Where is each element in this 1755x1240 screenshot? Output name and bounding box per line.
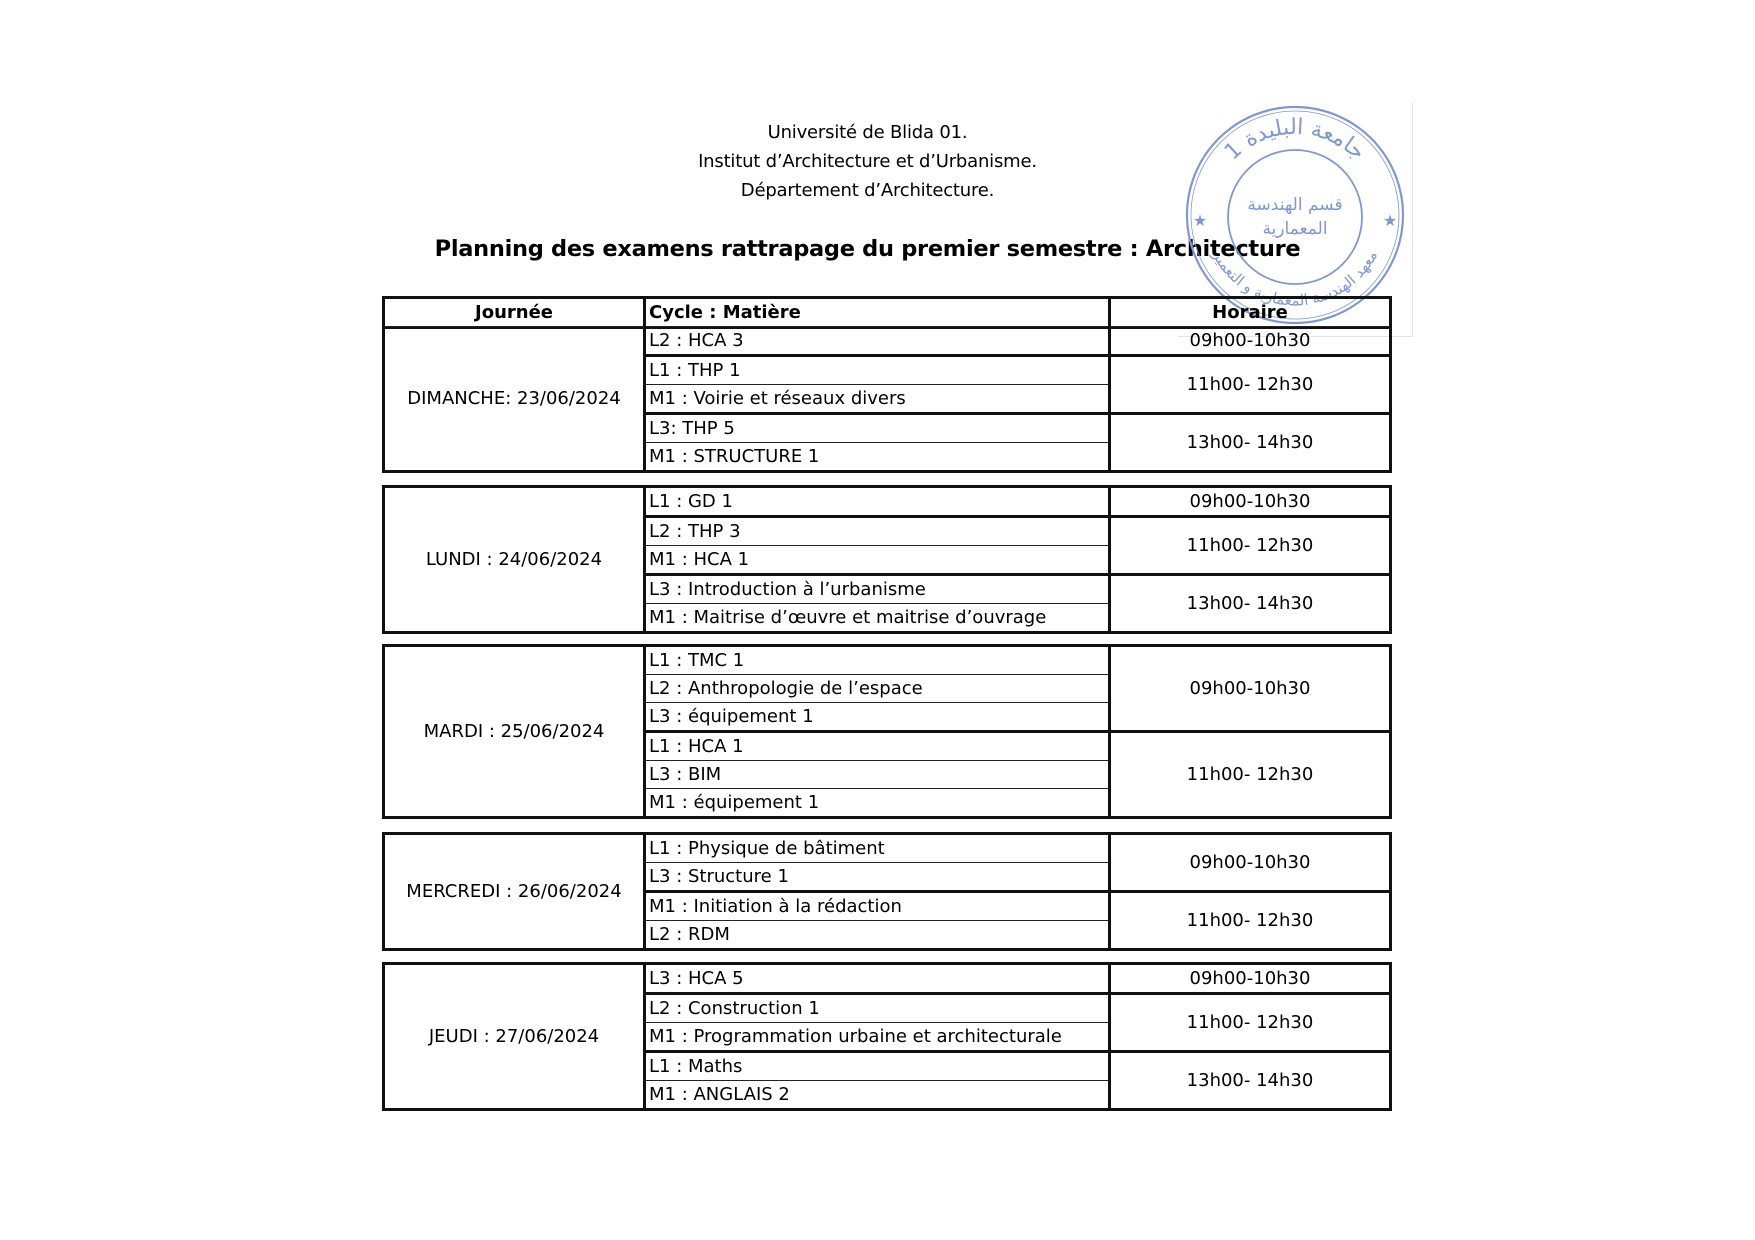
time-slot-cell: 11h00- 12h30 (1110, 994, 1391, 1052)
time-slot-cell: 09h00-10h30 (1110, 646, 1391, 732)
institute-name: Institut d’Architecture et d’Urbanisme. (0, 147, 1745, 176)
document-title: Planning des examens rattrapage du premi… (0, 236, 1755, 262)
day-block: JEUDI : 27/06/2024L3 : HCA 509h00-10h30L… (382, 962, 1392, 1111)
stamp-outer-text: جامعة البليدة 1 (1220, 115, 1370, 165)
subject-cell: L3 : HCA 5 (645, 964, 1110, 994)
time-slot-cell: 11h00- 12h30 (1110, 356, 1391, 414)
subject-cell: L1 : Maths (645, 1052, 1110, 1081)
institution-header: Université de Blida 01. Institut d’Archi… (0, 118, 1755, 205)
stamp-center-line-2: المعمارية (1263, 219, 1328, 239)
department-name: Département d’Architecture. (0, 176, 1745, 205)
subject-cell: M1 : Programmation urbaine et architectu… (645, 1023, 1110, 1052)
day-block: MERCREDI : 26/06/2024L1 : Physique de bâ… (382, 832, 1392, 951)
university-name: Université de Blida 01. (0, 118, 1745, 147)
subject-cell: L1 : GD 1 (645, 487, 1110, 517)
table-row: JEUDI : 27/06/2024L3 : HCA 509h00-10h30 (384, 964, 1391, 994)
stamp-center-line-1: قسم الهندسة (1247, 195, 1342, 215)
subject-cell: M1 : Initiation à la rédaction (645, 892, 1110, 921)
subject-cell: L3: THP 5 (645, 414, 1110, 443)
svg-text:جامعة البليدة 1: جامعة البليدة 1 (1220, 115, 1370, 165)
table-row: MARDI : 25/06/2024L1 : TMC 109h00-10h30 (384, 646, 1391, 675)
header-row: JournéeCycle : MatièreHoraire (384, 298, 1391, 328)
subject-cell: M1 : Voirie et réseaux divers (645, 385, 1110, 414)
subject-cell: L2 : HCA 3 (645, 327, 1110, 356)
time-slot-cell: 09h00-10h30 (1110, 834, 1391, 892)
column-header-horaire: Horaire (1110, 298, 1391, 328)
time-slot-cell: 11h00- 12h30 (1110, 892, 1391, 950)
subject-cell: M1 : STRUCTURE 1 (645, 443, 1110, 472)
subject-cell: L3 : BIM (645, 761, 1110, 789)
time-slot-cell: 13h00- 14h30 (1110, 1052, 1391, 1110)
time-slot-cell: 11h00- 12h30 (1110, 517, 1391, 575)
day-cell: MERCREDI : 26/06/2024 (384, 834, 645, 950)
subject-cell: M1 : ANGLAIS 2 (645, 1081, 1110, 1110)
day-cell: JEUDI : 27/06/2024 (384, 964, 645, 1110)
subject-cell: M1 : HCA 1 (645, 546, 1110, 575)
time-slot-cell: 13h00- 14h30 (1110, 575, 1391, 633)
day-cell: LUNDI : 24/06/2024 (384, 487, 645, 633)
time-slot-cell: 11h00- 12h30 (1110, 732, 1391, 818)
table-row: MERCREDI : 26/06/2024L1 : Physique de bâ… (384, 834, 1391, 863)
subject-cell: L2 : THP 3 (645, 517, 1110, 546)
subject-cell: L1 : HCA 1 (645, 732, 1110, 761)
subject-cell: L2 : RDM (645, 921, 1110, 950)
stamp-star-icon: ★ (1193, 211, 1207, 230)
subject-cell: L3 : équipement 1 (645, 703, 1110, 732)
time-slot-cell: 09h00-10h30 (1110, 327, 1391, 356)
time-slot-cell: 13h00- 14h30 (1110, 414, 1391, 472)
day-cell: MARDI : 25/06/2024 (384, 646, 645, 818)
column-header-journee: Journée (384, 298, 645, 328)
subject-cell: M1 : Maitrise d’œuvre et maitrise d’ouvr… (645, 604, 1110, 633)
subject-cell: L2 : Anthropologie de l’espace (645, 675, 1110, 703)
day-block: DIMANCHE: 23/06/2024L2 : HCA 309h00-10h3… (382, 326, 1392, 473)
subject-cell: M1 : équipement 1 (645, 789, 1110, 818)
document-title-text: Planning des examens rattrapage du premi… (435, 236, 1301, 262)
schedule-header: JournéeCycle : MatièreHoraire (382, 296, 1392, 329)
subject-cell: L2 : Construction 1 (645, 994, 1110, 1023)
day-block: LUNDI : 24/06/2024L1 : GD 109h00-10h30L2… (382, 485, 1392, 634)
subject-cell: L1 : THP 1 (645, 356, 1110, 385)
table-row: DIMANCHE: 23/06/2024L2 : HCA 309h00-10h3… (384, 327, 1391, 356)
stamp-star-icon: ★ (1383, 211, 1397, 230)
subject-cell: L3 : Structure 1 (645, 863, 1110, 892)
day-cell: DIMANCHE: 23/06/2024 (384, 327, 645, 472)
time-slot-cell: 09h00-10h30 (1110, 487, 1391, 517)
column-header-cycle-matiere: Cycle : Matière (645, 298, 1110, 328)
table-row: LUNDI : 24/06/2024L1 : GD 109h00-10h30 (384, 487, 1391, 517)
time-slot-cell: 09h00-10h30 (1110, 964, 1391, 994)
subject-cell: L1 : Physique de bâtiment (645, 834, 1110, 863)
subject-cell: L1 : TMC 1 (645, 646, 1110, 675)
day-block: MARDI : 25/06/2024L1 : TMC 109h00-10h30L… (382, 644, 1392, 819)
subject-cell: L3 : Introduction à l’urbanisme (645, 575, 1110, 604)
